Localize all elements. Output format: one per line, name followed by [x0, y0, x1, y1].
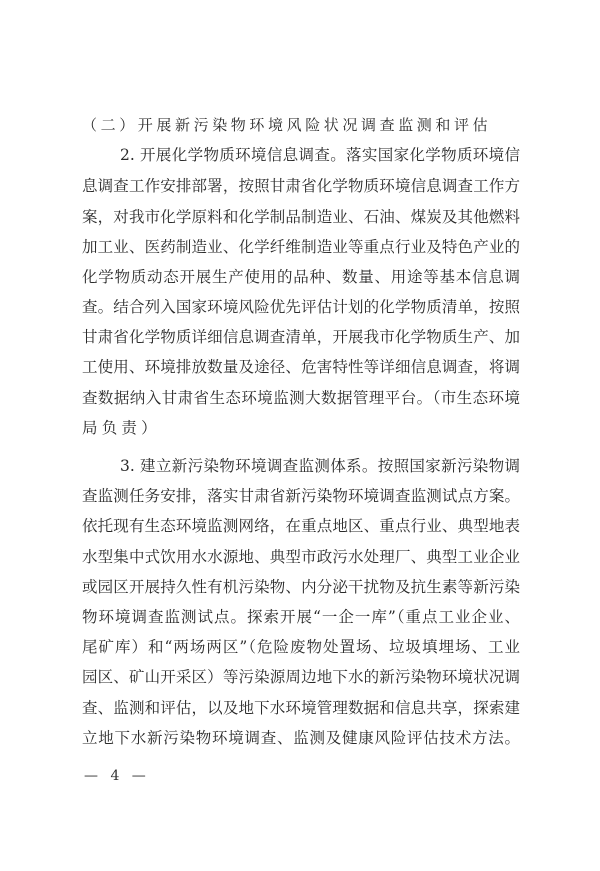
text-line: 3. 建立新污染物环境调查监测体系。按照国家新污染物调	[120, 454, 520, 478]
document-page: （二）开展新污染物环境风险状况调查监测和评估 2. 开展化学物质环境信息调查。落…	[0, 0, 600, 871]
text-line: 立地下水新污染物环境调查、监测及健康风险评估技术方法。	[82, 726, 520, 750]
text-line: 园区、矿山开采区）等污染源周边地下水的新污染物环境状况调	[82, 665, 520, 689]
text-line: 物环境调查监测试点。探索开展“一企一库”（重点工业企业、	[82, 605, 520, 629]
text-line: 甘肃省化学物质详细信息调查清单，开展我市化学物质生产、加	[82, 325, 520, 349]
text-line: 查数据纳入甘肃省生态环境监测大数据管理平台。（市生态环境	[82, 386, 520, 410]
text-line: 加工业、医药制造业、化学纤维制造业等重点行业及特色产业的	[82, 235, 520, 259]
text-line: 2. 开展化学物质环境信息调查。落实国家化学物质环境信	[120, 143, 520, 167]
text-line: 息调查工作安排部署，按照甘肃省化学物质环境信息调查工作方	[82, 174, 520, 198]
text-line: 尾矿库）和“两场两区”（危险废物处置场、垃圾填埋场、工业	[82, 635, 520, 659]
text-line: 工使用、环境排放数量及途径、危害特性等详细信息调查，将调	[82, 355, 520, 379]
page-number: — 4 —	[84, 766, 150, 786]
text-line: 局负责）	[82, 416, 520, 440]
text-line: 水型集中式饮用水水源地、典型市政污水处理厂、典型工业企业	[82, 545, 520, 569]
text-line: 查监测任务安排，落实甘肃省新污染物环境调查监测试点方案。	[82, 484, 520, 508]
text-line: 或园区开展持久性有机污染物、内分泌干扰物及抗生素等新污染	[82, 575, 520, 599]
text-line: 查。结合列入国家环境风险优先评估计划的化学物质清单，按照	[82, 295, 520, 319]
text-line: 查、监测和评估，以及地下水环境管理数据和信息共享，探索建	[82, 696, 520, 720]
text-line: 化学物质动态开展生产使用的品种、数量、用途等基本信息调	[82, 265, 520, 289]
text-line: 案，对我市化学原料和化学制品制造业、石油、煤炭及其他燃料	[82, 205, 520, 229]
section-heading: （二）开展新污染物环境风险状况调查监测和评估	[82, 113, 491, 137]
text-line: 依托现有生态环境监测网络，在重点地区、重点行业、典型地表	[82, 514, 520, 538]
